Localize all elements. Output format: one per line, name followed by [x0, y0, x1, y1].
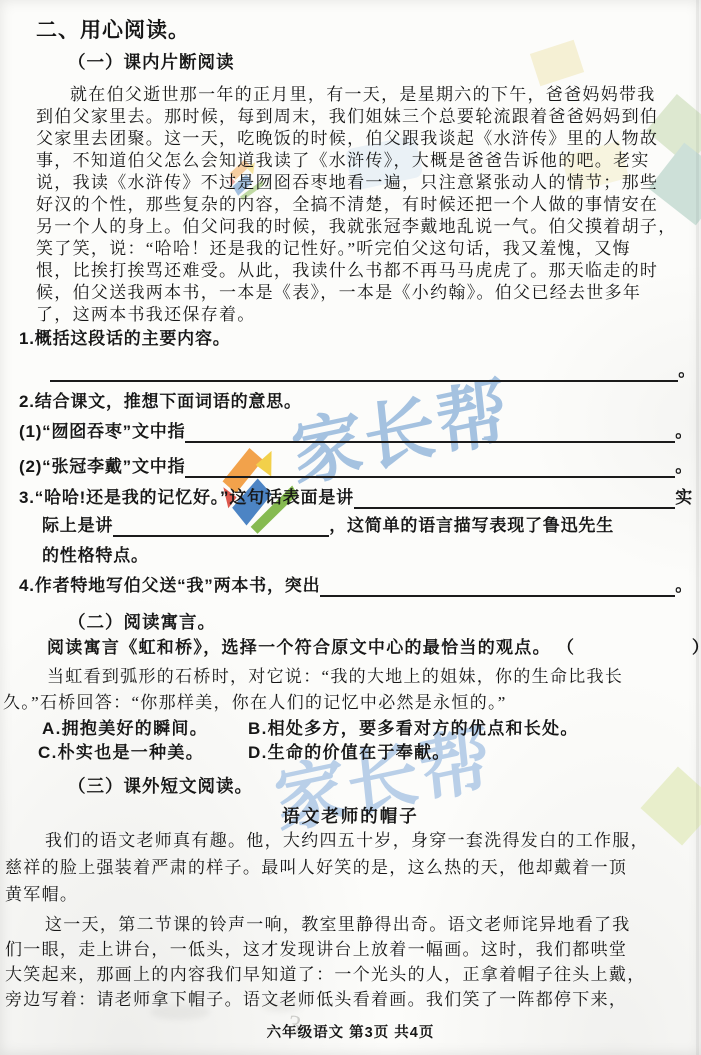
passage-1: 就在伯父逝世那一年的正月里，有一天，是星期六的下午，爸爸妈妈带我 到伯父家里去。…: [0, 84, 701, 326]
question-text: 际上是讲: [42, 515, 113, 537]
question-1-answer-row: 。: [50, 360, 696, 382]
question-text: (2)“张冠李戴”文中指: [19, 456, 185, 478]
essay-line: 旁边写着：请老师拿下帽子。语文老师低头看着画。我们笑了一阵都停下来，: [5, 989, 701, 1011]
essay-title: 语文老师的帽子: [0, 805, 701, 827]
essay-paragraph-1: 我们的语文老师真有趣。他，大约四五十岁，身穿一套洗得发白的工作服， 慈祥的脸上强…: [0, 830, 701, 906]
question-2-label: 2.结合课文，推想下面词语的意思。: [19, 391, 693, 413]
passage-line: 事，不知道伯父怎么会知道我读了《水浒传》，大概是爸爸告诉他的吧。老实: [36, 150, 701, 172]
part2-intro-text: 阅读寓言《虹和桥》，选择一个符合原文中心的最恰当的观点。: [47, 638, 551, 657]
passage-line: 候，伯父送我两本书，一本是《表》，一本是《小约翰》。伯父已经去世多年: [36, 282, 701, 304]
question-text: 4.作者特地写伯父送“我”两本书，突出: [19, 575, 320, 597]
options-row-1: A.拥抱美好的瞬间。 B.相处多方，要多看对方的优点和长处。: [42, 718, 701, 740]
part1-heading: （一）课内片断阅读: [68, 51, 701, 73]
option-c: C.朴实也是一种美。: [38, 742, 248, 764]
answer-blank: [354, 492, 675, 509]
answer-blank: [185, 426, 675, 443]
answer-blank: [50, 365, 678, 382]
question-3-line-1: 3.“哈哈!还是我的记忆好。”这句话表面是讲 实: [19, 487, 693, 509]
options-row-2: C.朴实也是一种美。 D.生命的价值在于奉献。: [38, 742, 701, 764]
content-layer: 二、用心阅读。 （一）课内片断阅读 就在伯父逝世那一年的正月里，有一天，是星期六…: [0, 0, 701, 1042]
part2-intro: 阅读寓言《虹和桥》，选择一个符合原文中心的最恰当的观点。 （ ）: [47, 637, 701, 659]
essay-line: 们一眼，走上讲台，一低头，这才发现讲台上放着一幅画。这时，我们都哄堂: [5, 939, 701, 961]
question-3-line-3: 的性格特点。: [42, 545, 693, 567]
answer-brackets: （ ）: [557, 638, 701, 657]
fable-line: 当虹看到弧形的石桥时，对它说：“我的大地上的姐妹，你的生命比我长: [47, 666, 701, 688]
question-1-label: 1.概括这段话的主要内容。: [19, 328, 693, 350]
question-text: 实: [675, 487, 693, 509]
question-2-item-2: (2)“张冠李戴”文中指 。: [19, 456, 693, 478]
essay-paragraph-2: 这一天，第二节课的铃声一响，教室里静得出奇。语文老师诧异地看了我 们一眼，走上讲…: [0, 914, 701, 1011]
passage-line: 另一个人的身上。伯父问我的时候，我就张冠李戴地乱说一气。伯父摸着胡子，: [36, 216, 701, 238]
answer-blank: [113, 520, 329, 537]
period: 。: [675, 456, 693, 478]
option-d: D.生命的价值在于奉献。: [248, 742, 451, 764]
essay-line: 我们的语文老师真有趣。他，大约四五十岁，身穿一套洗得发白的工作服，: [45, 830, 701, 852]
part3-heading: （三）课外短文阅读。: [68, 775, 701, 797]
fable-line: 久。”石桥回答：“你那样美，你在人们的记忆中必然是永恒的。”: [3, 692, 701, 714]
question-text: (1)“囫囵吞枣”文中指: [19, 421, 185, 443]
passage-line: 说，我读《水浒传》不过是囫囵吞枣地看一遍，只注意紧张动人的情节；那些: [36, 172, 701, 194]
question-2-item-1: (1)“囫囵吞枣”文中指 。: [19, 421, 693, 443]
period: 。: [675, 421, 693, 443]
essay-line: 大笑起来，那画上的内容我们早知道了：一个光头的人，正拿着帽子往头上戴，: [5, 964, 701, 986]
answer-blank: [320, 580, 675, 597]
essay-line: 黄军帽。: [5, 884, 701, 906]
period: 。: [675, 575, 693, 597]
passage-line: 了，这两本书我还保存着。: [36, 304, 701, 326]
passage-line: 笑了笑，说：“哈哈！还是我的记性好。”听完伯父这句话，我又羞愧，又悔: [36, 238, 701, 260]
question-text: 3.“哈哈!还是我的记忆好。”这句话表面是讲: [19, 487, 354, 509]
essay-line: 慈祥的脸上强装着严肃的样子。最叫人好笑的是，这么热的天，他却戴着一顶: [5, 857, 701, 879]
page-footer: 六年级语文 第3页 共4页: [0, 1024, 701, 1042]
answer-blank: [185, 461, 675, 478]
scanned-exam-page: 家长帮 家长帮 3 二、用心阅读。 （一）课内片断阅读 就在伯父逝世那一年的正月…: [0, 0, 701, 1055]
passage-line: 就在伯父逝世那一年的正月里，有一天，是星期六的下午，爸爸妈妈带我: [70, 84, 701, 106]
passage-line: 到伯父家里去。那时候，每到周末，我们姐妹三个总要轮流跟着爸爸妈妈到伯: [36, 106, 701, 128]
question-text: ，这简单的语言描写表现了鲁迅先生: [329, 515, 614, 537]
option-a: A.拥抱美好的瞬间。: [42, 718, 248, 740]
part2-heading: （二）阅读寓言。: [68, 611, 701, 633]
question-4-row: 4.作者特地写伯父送“我”两本书，突出 。: [19, 575, 693, 597]
passage-line: 恨，比挨打挨骂还难受。从此，我读什么书都不再马马虎虎了。那天临走的时: [36, 260, 701, 282]
option-b: B.相处多方，要多看对方的优点和长处。: [248, 718, 579, 740]
passage-line: 好汉的个性，那些复杂的内容，全搞不清楚，有时候还把一个人做的事情安在: [36, 194, 701, 216]
passage-line: 父家里去团聚。这一天，吃晚饭的时候，伯父跟我谈起《水浒传》里的人物故: [36, 128, 701, 150]
period: 。: [678, 360, 696, 382]
question-3-line-2: 际上是讲 ，这简单的语言描写表现了鲁迅先生: [42, 515, 693, 537]
essay-line: 这一天，第二节课的铃声一响，教室里静得出奇。语文老师诧异地看了我: [45, 914, 701, 936]
section-title: 二、用心阅读。: [36, 18, 701, 44]
